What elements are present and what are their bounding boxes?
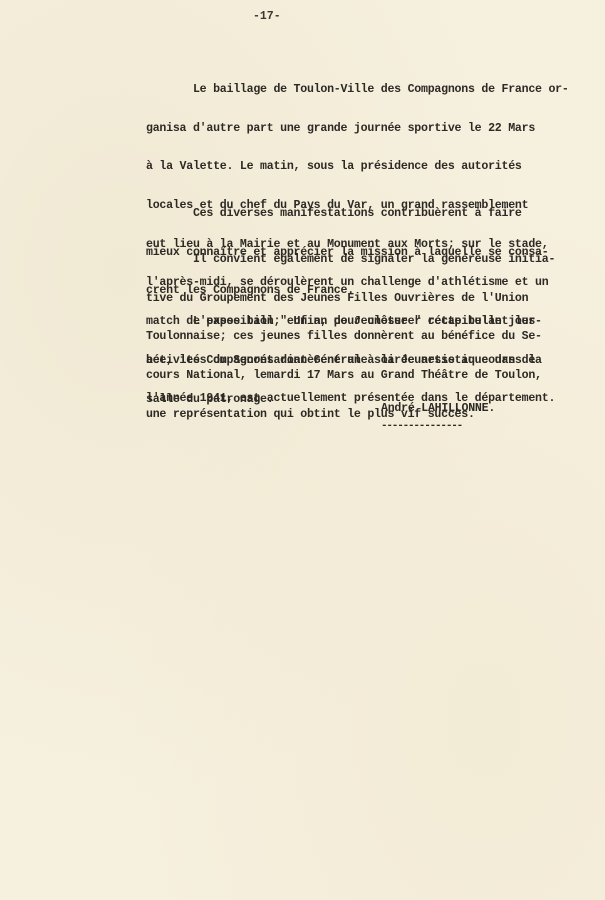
text-line: L'exposition " Un an de Jeunesse " récap… [146, 316, 605, 329]
text-line: activités du Secrétariat Général à la Je… [146, 355, 605, 368]
text-line: Ces diverses manifestations contribuèren… [146, 208, 605, 221]
paragraph-exposition: L'exposition " Un an de Jeunesse " récap… [146, 290, 605, 419]
text-line: ganisa d'autre part une grande journée s… [146, 123, 605, 136]
text-line: Le baillage de Toulon-Ville des Compagno… [146, 84, 605, 97]
page-number: -17- [253, 10, 281, 23]
text-line: Il convient également de signaler la gén… [146, 254, 605, 267]
text-line: l'année 1941, est actuellement présentée… [146, 393, 605, 406]
signature-underline: --------------- [381, 420, 462, 432]
text-line: à la Valette. Le matin, sous la présiden… [146, 161, 605, 174]
signature: André LAHILLONNE. [381, 402, 495, 415]
